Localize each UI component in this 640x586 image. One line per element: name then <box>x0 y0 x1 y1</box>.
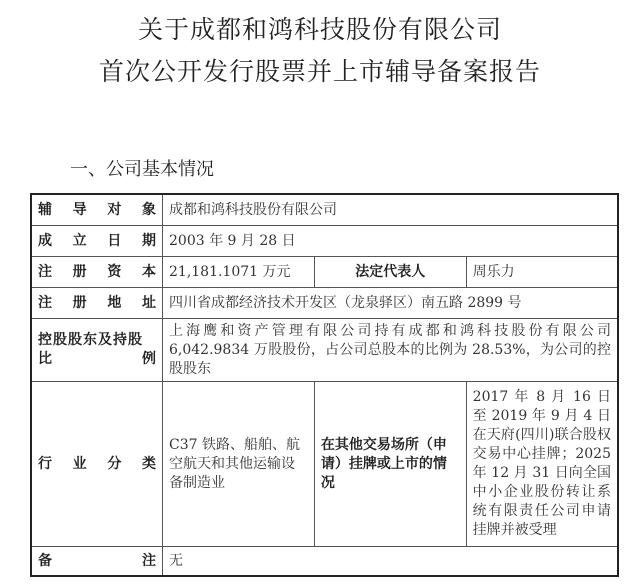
label-char: 备 <box>38 552 52 571</box>
value-registered-capital: 21,181.1071 万元 <box>163 257 315 288</box>
label-char: 址 <box>142 294 156 313</box>
label-remarks: 备 注 <box>31 547 163 577</box>
label-char: 比 <box>38 350 52 369</box>
value-remarks: 无 <box>163 547 619 577</box>
label-char: 行 <box>38 455 52 474</box>
table-row-registered-capital: 注 册 资 本 21,181.1071 万元 法定代表人 周乐力 <box>31 257 618 288</box>
label-other-listing: 在其他交易场所（申请）挂牌或上市的情况 <box>314 382 466 547</box>
label-char: 册 <box>73 294 87 313</box>
value-other-listing: 2017 年 8 月 16 日至 2019 年 9 月 4 日在天府(四川)联合… <box>466 382 618 547</box>
value-controlling-shareholder: 上海鹰和资产管理有限公司持有成都和鸿科技股份有限公司 6,042.9834 万股… <box>163 319 619 382</box>
label-char: 业 <box>73 455 87 474</box>
label-char: 成 <box>38 232 52 251</box>
label-controlling-shareholder: 控股股东及持股 比 例 <box>31 319 163 382</box>
label-registered-capital: 注 册 资 本 <box>31 257 163 288</box>
table-row-controlling-shareholder: 控股股东及持股 比 例 上海鹰和资产管理有限公司持有成都和鸿科技股份有限公司 6… <box>31 319 618 382</box>
section-heading: 一、公司基本情况 <box>70 155 214 181</box>
label-char: 对 <box>107 201 121 220</box>
label-legal-representative: 法定代表人 <box>314 257 466 288</box>
value-industry: C37 铁路、船舶、航空航天和其他运输设备制造业 <box>163 382 315 547</box>
value-registered-address: 四川省成都经济技术开发区（龙泉驿区）南五路 2899 号 <box>163 288 619 319</box>
label-char: 注 <box>38 263 52 282</box>
table-row-tutoring-target: 辅 导 对 象 成都和鸿科技股份有限公司 <box>31 194 618 226</box>
label-char: 注 <box>38 294 52 313</box>
label-char: 分 <box>107 455 121 474</box>
label-industry: 行 业 分 类 <box>31 382 163 547</box>
label-char: 导 <box>73 201 87 220</box>
label-char: 注 <box>142 552 156 571</box>
label-char: 辅 <box>38 201 52 220</box>
label-tutoring-target: 辅 导 对 象 <box>31 194 163 226</box>
label-established-date: 成 立 日 期 <box>31 226 163 257</box>
table-row-established-date: 成 立 日 期 2003 年 9 月 28 日 <box>31 226 618 257</box>
label-char: 期 <box>142 232 156 251</box>
value-tutoring-target: 成都和鸿科技股份有限公司 <box>163 194 619 226</box>
label-line: 控股股东及持股 <box>38 331 156 350</box>
label-char: 资 <box>107 263 121 282</box>
label-char: 地 <box>107 294 121 313</box>
company-info-table: 辅 导 对 象 成都和鸿科技股份有限公司 成 立 日 期 2003 年 9 月 … <box>30 193 619 577</box>
label-char: 例 <box>142 350 156 369</box>
label-char: 类 <box>142 455 156 474</box>
table-row-industry: 行 业 分 类 C37 铁路、船舶、航空航天和其他运输设备制造业 在其他交易场所… <box>31 382 618 547</box>
document-title-line-1: 关于成都和鸿科技股份有限公司 <box>0 10 640 46</box>
label-char: 册 <box>73 263 87 282</box>
table-row-remarks: 备 注 无 <box>31 547 618 577</box>
label-char: 日 <box>107 232 121 251</box>
label-char: 本 <box>142 263 156 282</box>
label-registered-address: 注 册 地 址 <box>31 288 163 319</box>
table-row-registered-address: 注 册 地 址 四川省成都经济技术开发区（龙泉驿区）南五路 2899 号 <box>31 288 618 319</box>
document-title-line-2: 首次公开发行股票并上市辅导备案报告 <box>0 52 640 88</box>
value-established-date: 2003 年 9 月 28 日 <box>163 226 619 257</box>
label-char: 象 <box>142 201 156 220</box>
value-legal-representative: 周乐力 <box>466 257 618 288</box>
label-char: 立 <box>73 232 87 251</box>
